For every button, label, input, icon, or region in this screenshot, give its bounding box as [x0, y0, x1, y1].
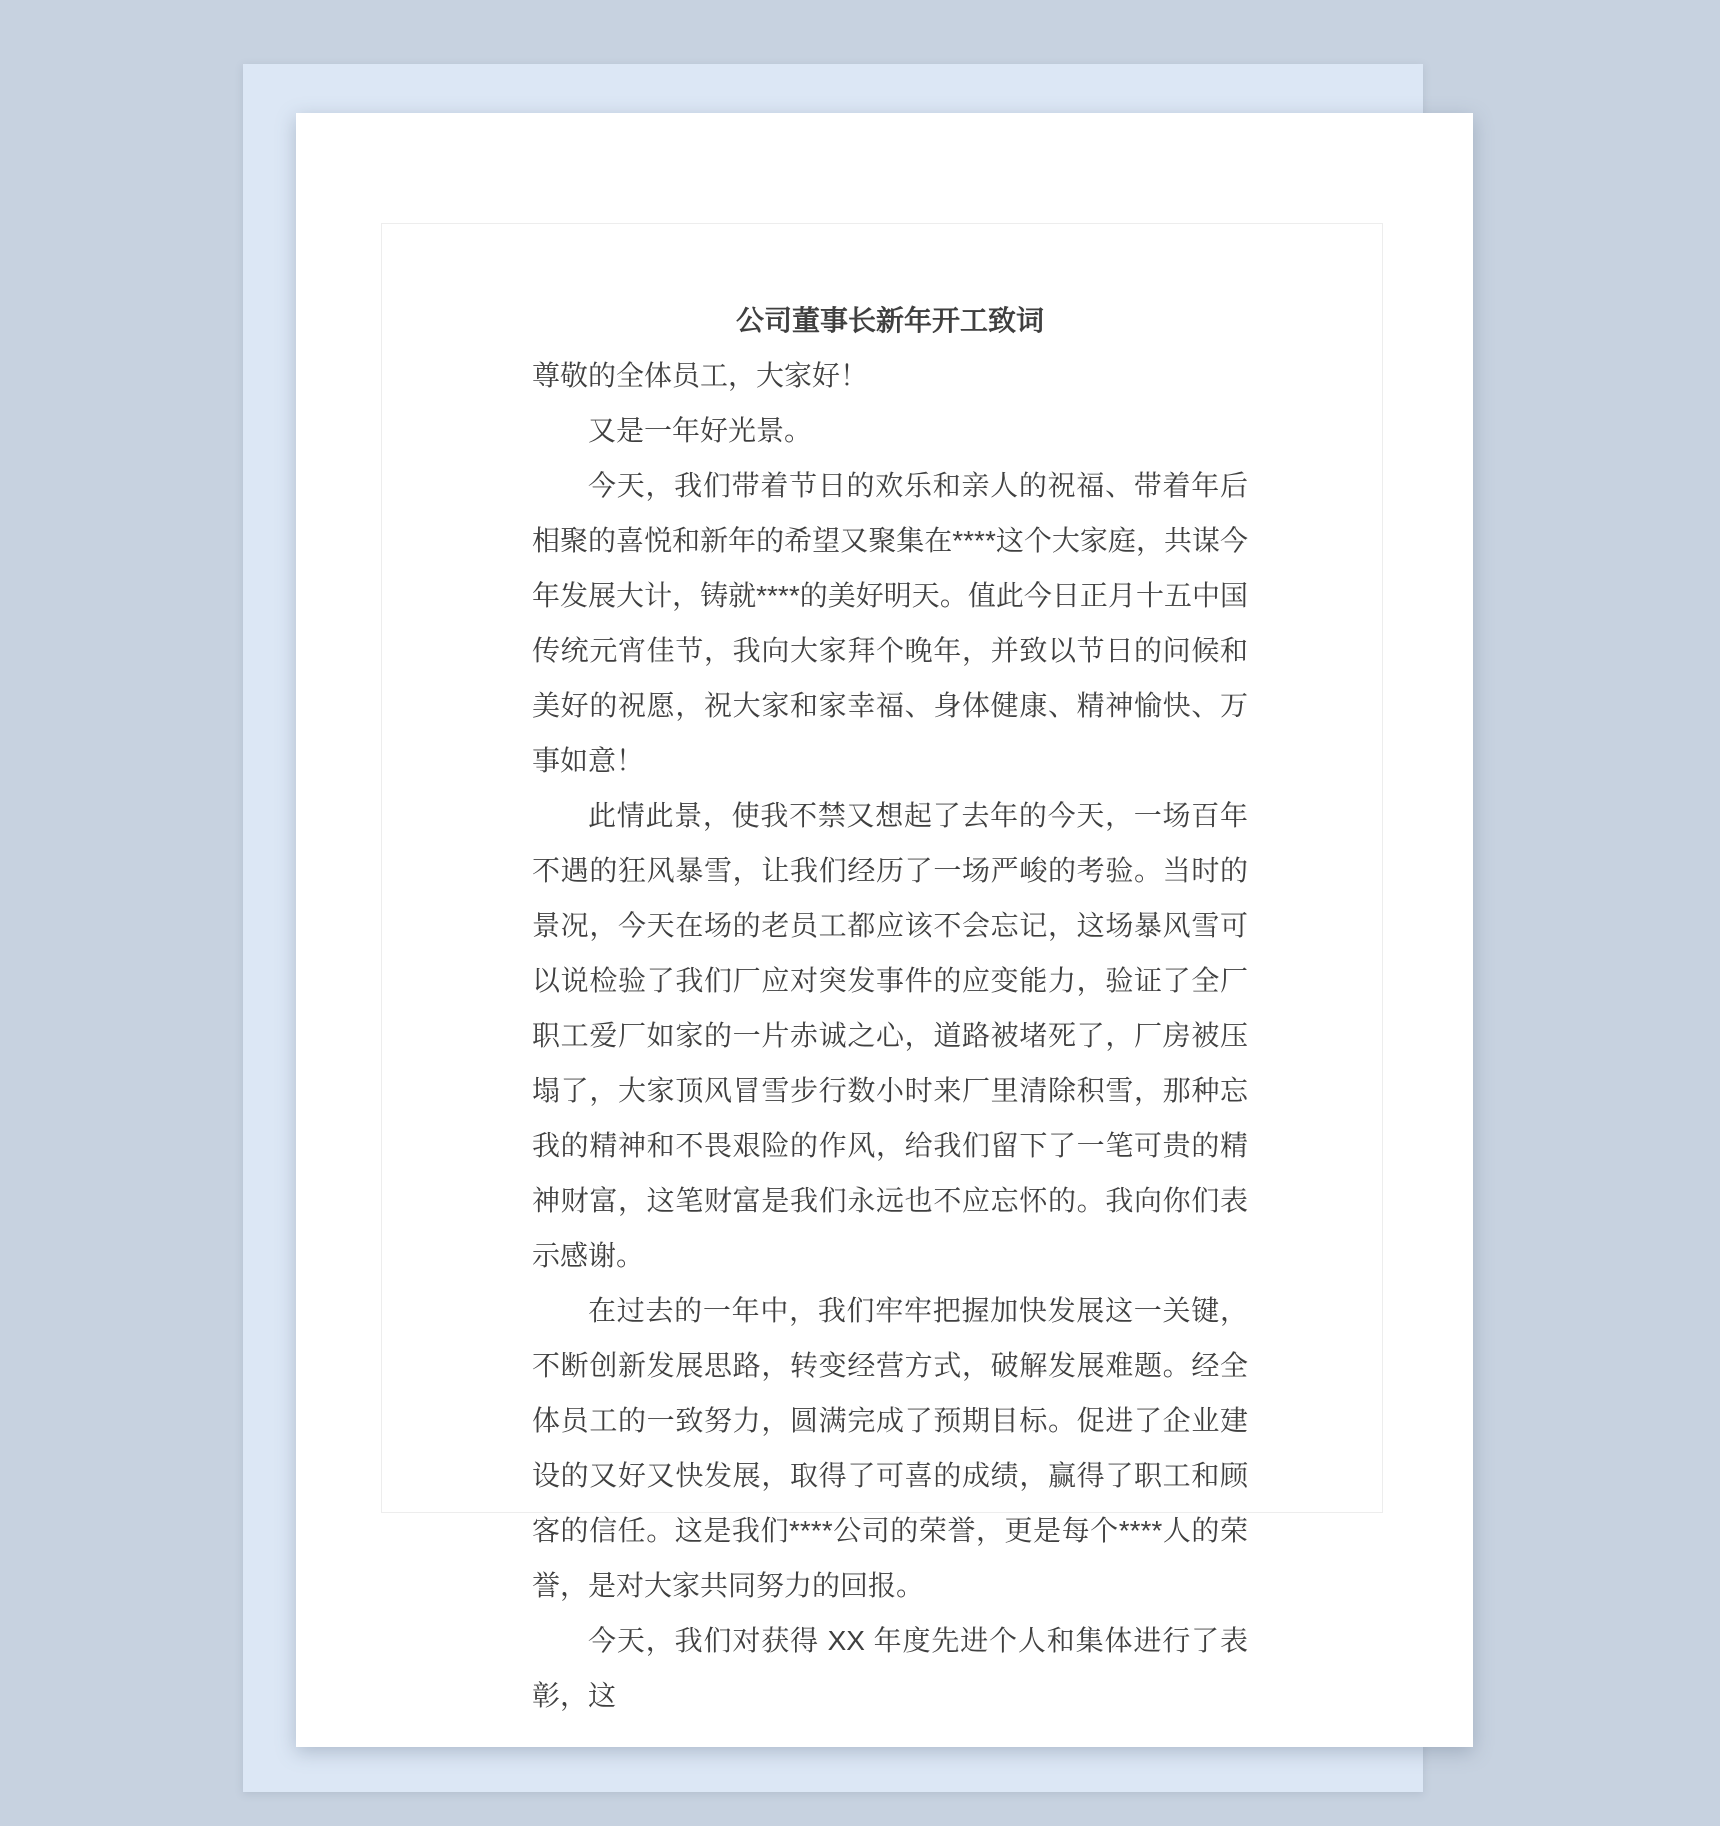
document-paragraph: 又是一年好光景。 [532, 403, 1248, 458]
document-preview: 公司董事长新年开工致词 尊敬的全体员工，大家好！又是一年好光景。今天，我们带着节… [0, 0, 1720, 1826]
document-paragraph: 在过去的一年中，我们牢牢把握加快发展这一关键，不断创新发展思路，转变经营方式，破… [532, 1283, 1248, 1613]
document-page: 公司董事长新年开工致词 尊敬的全体员工，大家好！又是一年好光景。今天，我们带着节… [296, 113, 1473, 1747]
document-paragraph: 尊敬的全体员工，大家好！ [532, 348, 1248, 403]
document-paragraph: 今天，我们带着节日的欢乐和亲人的祝福、带着年后相聚的喜悦和新年的希望又聚集在**… [532, 458, 1248, 788]
document-paragraph: 今天，我们对获得 XX 年度先进个人和集体进行了表彰，这 [532, 1613, 1248, 1723]
document-title: 公司董事长新年开工致词 [532, 293, 1248, 348]
document-content: 公司董事长新年开工致词 尊敬的全体员工，大家好！又是一年好光景。今天，我们带着节… [532, 293, 1248, 1723]
paragraph-container: 尊敬的全体员工，大家好！又是一年好光景。今天，我们带着节日的欢乐和亲人的祝福、带… [532, 348, 1248, 1723]
document-paragraph: 此情此景，使我不禁又想起了去年的今天，一场百年不遇的狂风暴雪，让我们经历了一场严… [532, 788, 1248, 1283]
